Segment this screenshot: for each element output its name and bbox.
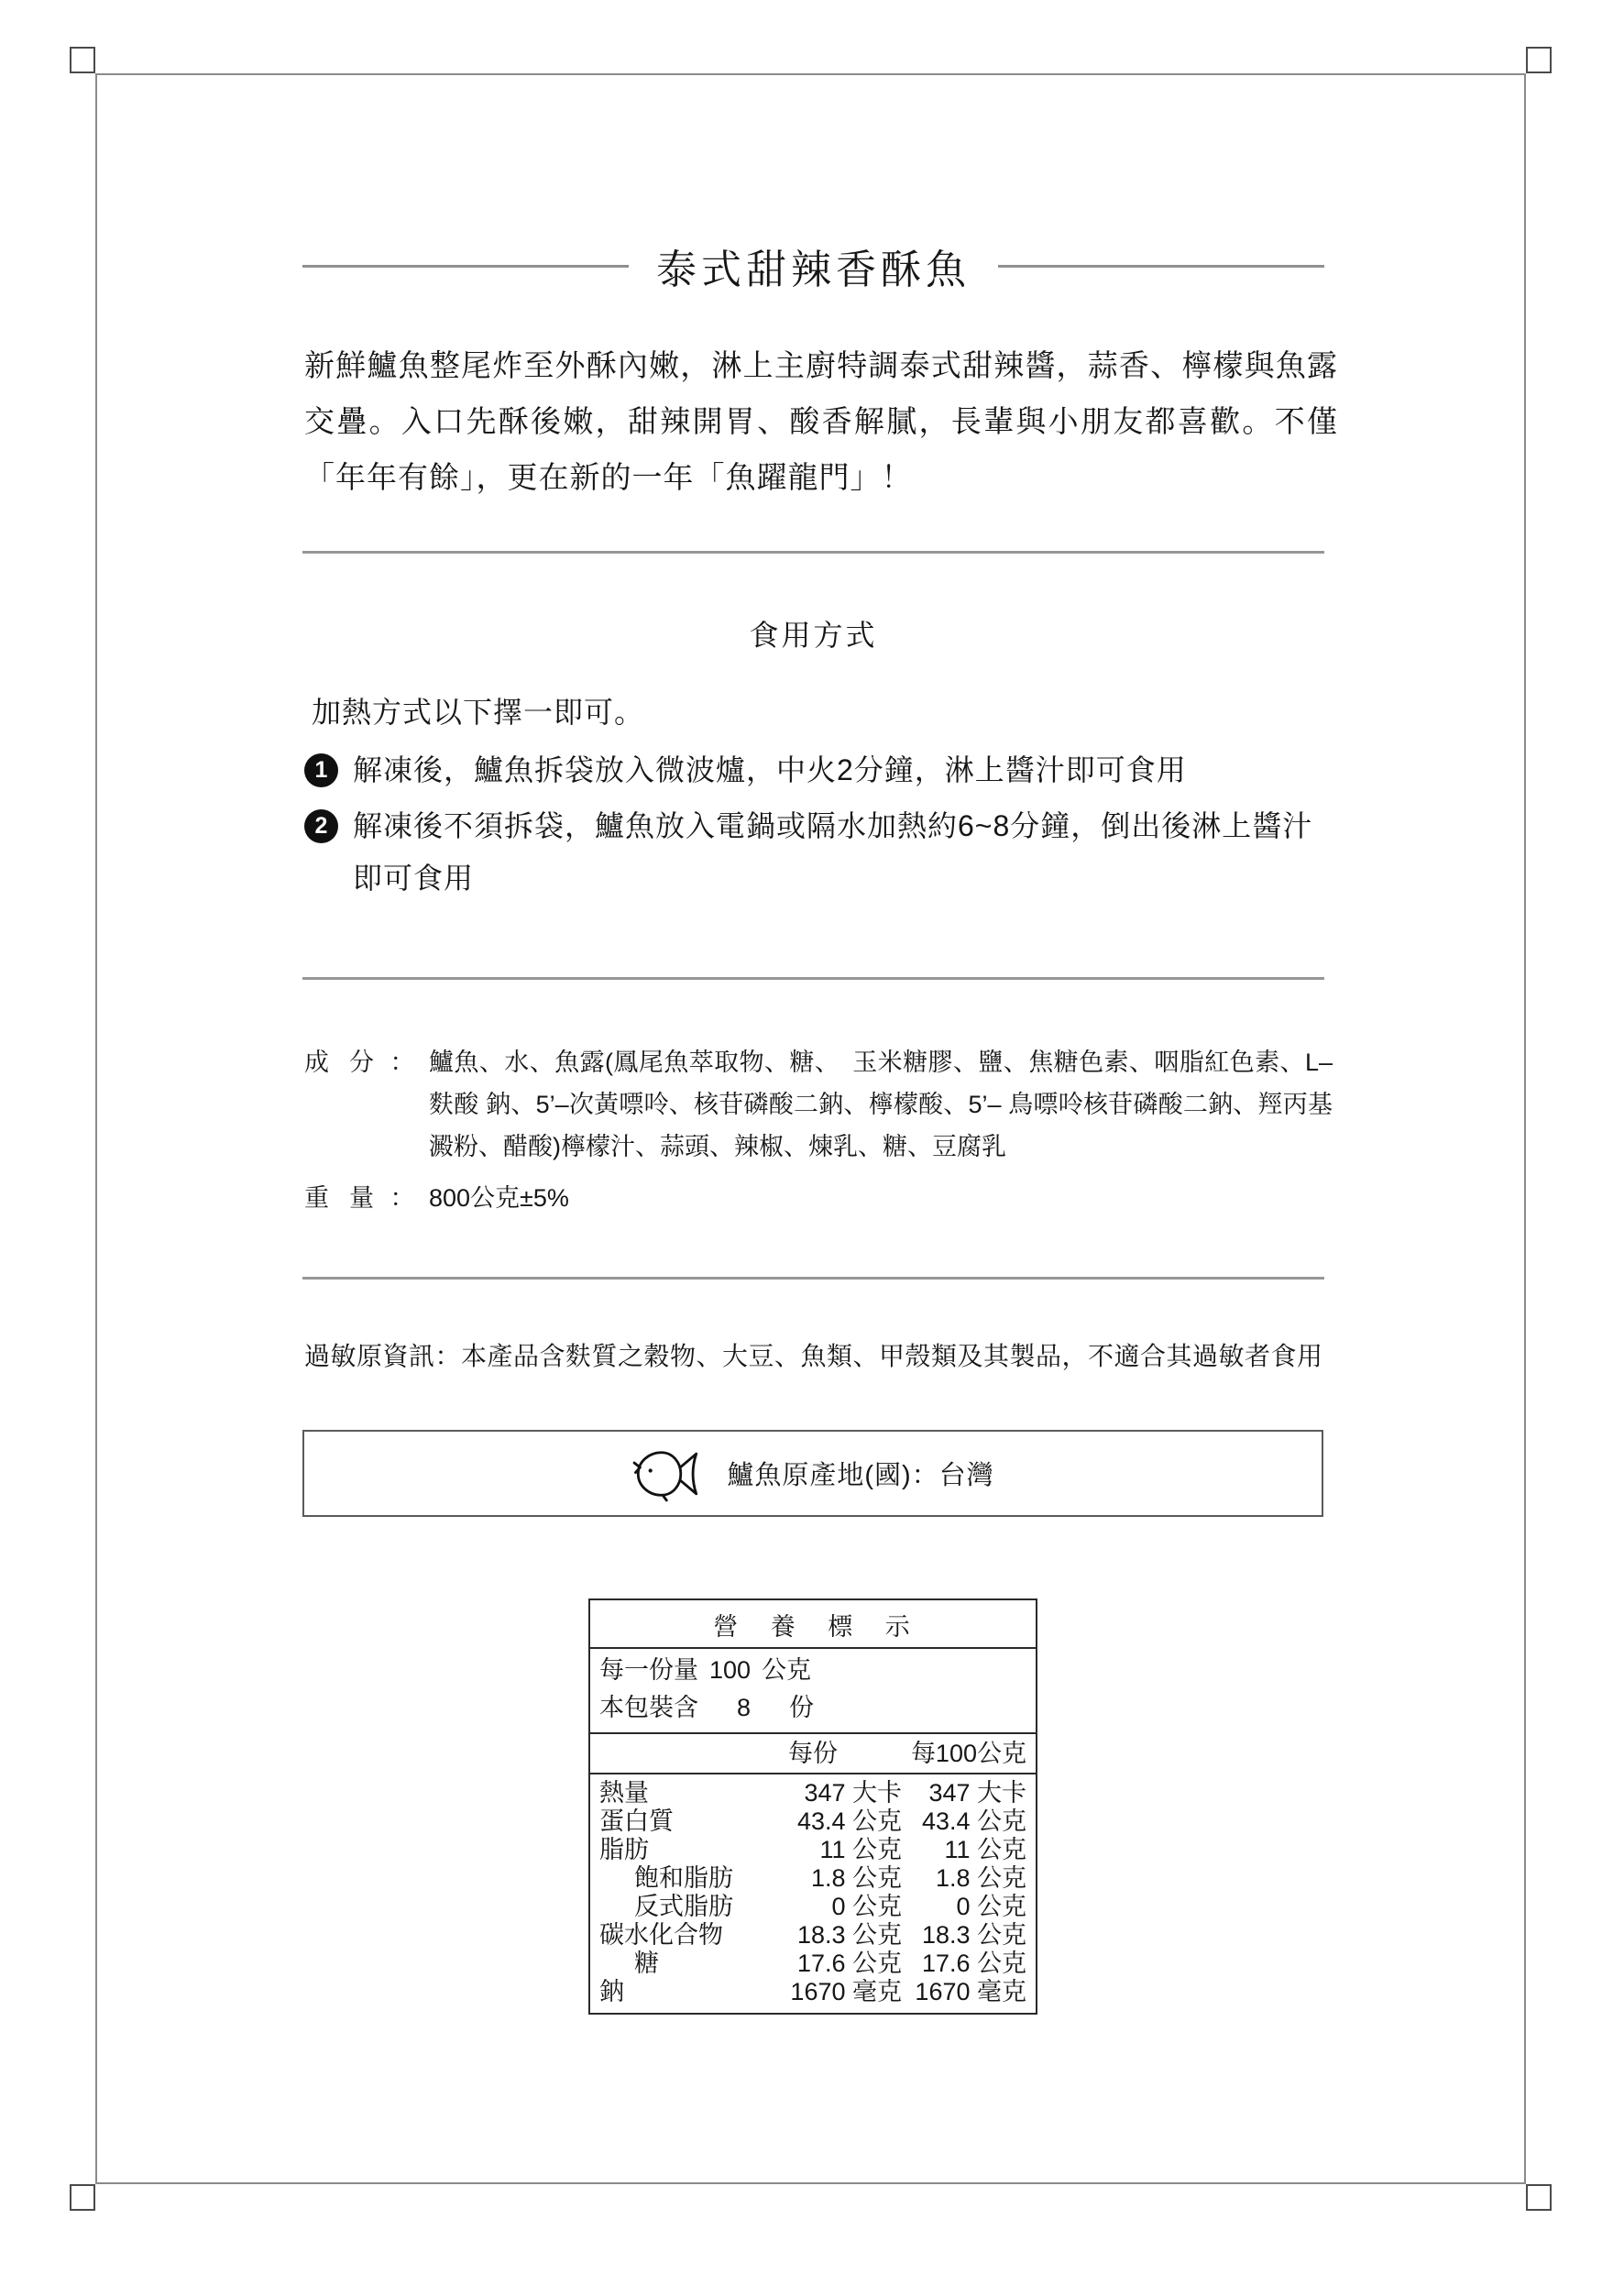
heating-steps: 1 解凍後，鱸魚拆袋放入微波爐，中火2分鐘，淋上醬汁即可食用 2 解凍後不須拆袋… bbox=[304, 744, 1336, 905]
nutrition-row-trans-fat: 反式脂肪 0 公克 0 公克 bbox=[590, 1893, 1036, 1921]
serving-method-heading: 食用方式 bbox=[302, 612, 1324, 654]
crop-mark-bottom-left bbox=[70, 2184, 95, 2211]
title-left-rule bbox=[302, 265, 629, 268]
product-description: 新鮮鱸魚整尾炸至外酥內嫩，淋上主廚特調泰式甜辣醬，蒜香、檸檬與魚露交疊。入口先酥… bbox=[304, 337, 1338, 505]
heating-step-2: 2 解凍後不須拆袋，鱸魚放入電鍋或隔水加熱約6~8分鐘，倒出後淋上醬汁即可食用 bbox=[304, 800, 1336, 905]
page-title: 泰式甜辣香酥魚 bbox=[656, 236, 971, 295]
serving-size-line: 每一份量100公克 bbox=[599, 1652, 1026, 1689]
col-per-100g: 每100公克 bbox=[880, 1738, 1026, 1769]
nutrition-row-saturated-fat: 飽和脂肪 1.8 公克 1.8 公克 bbox=[590, 1864, 1036, 1893]
crop-mark-top-right bbox=[1526, 47, 1552, 73]
origin-text: 鱸魚原產地(國)：台灣 bbox=[727, 1455, 993, 1492]
section-divider bbox=[302, 977, 1324, 980]
ingredients-colon: ： bbox=[376, 1041, 429, 1168]
nutrition-column-headers: 每份 每100公克 bbox=[590, 1734, 1036, 1774]
heating-note: 加熱方式以下擇一即可。 bbox=[312, 689, 644, 731]
title-row: 泰式甜辣香酥魚 bbox=[302, 236, 1324, 295]
step-2-text: 解凍後不須拆袋，鱸魚放入電鍋或隔水加熱約6~8分鐘，倒出後淋上醬汁即可食用 bbox=[353, 800, 1326, 905]
weight-value: 800公克±5% bbox=[429, 1177, 1333, 1219]
nutrition-row-sugar: 糖 17.6 公克 17.6 公克 bbox=[590, 1950, 1036, 1978]
ingredients-label: 成分 bbox=[304, 1041, 376, 1168]
nutrition-row-sodium: 鈉 1670 毫克 1670 毫克 bbox=[590, 1978, 1036, 2006]
servings-per-pack-value: 8 bbox=[737, 1694, 751, 1721]
title-right-rule bbox=[998, 265, 1324, 268]
step-1-text: 解凍後，鱸魚拆袋放入微波爐，中火2分鐘，淋上醬汁即可食用 bbox=[353, 744, 1326, 796]
fish-icon bbox=[631, 1445, 703, 1502]
serving-size-value: 100 bbox=[709, 1656, 751, 1684]
crop-mark-top-left bbox=[70, 47, 95, 73]
allergen-info: 過敏原資訊：本產品含麩質之穀物、大豆、魚類、甲殼類及其製品，不適合其過敏者食用 bbox=[304, 1336, 1323, 1373]
origin-box: 鱸魚原產地(國)：台灣 bbox=[302, 1430, 1323, 1517]
section-divider bbox=[302, 1277, 1324, 1280]
servings-per-pack-line: 本包裝含8份 bbox=[599, 1689, 1026, 1727]
heating-step-1: 1 解凍後，鱸魚拆袋放入微波爐，中火2分鐘，淋上醬汁即可食用 bbox=[304, 744, 1336, 796]
nutrition-row-calories: 熱量 347 大卡 347 大卡 bbox=[590, 1779, 1036, 1807]
nutrition-row-fat: 脂肪 11 公克 11 公克 bbox=[590, 1836, 1036, 1864]
nutrition-row-carbohydrate: 碳水化合物 18.3 公克 18.3 公克 bbox=[590, 1921, 1036, 1950]
col-empty bbox=[599, 1738, 742, 1769]
servings-per-pack-label: 本包裝含 bbox=[599, 1694, 698, 1721]
col-per-serving: 每份 bbox=[742, 1738, 880, 1769]
nutrition-rows: 熱量 347 大卡 347 大卡 蛋白質 43.4 公克 43.4 公克 脂肪 … bbox=[590, 1774, 1036, 2013]
step-2-number-icon: 2 bbox=[304, 809, 338, 843]
serving-size-unit: 公克 bbox=[762, 1656, 811, 1684]
weight-colon: ： bbox=[376, 1177, 429, 1219]
nutrition-facts-table: 營 養 標 示 每一份量100公克 本包裝含8份 每份 每100公克 熱量 34… bbox=[588, 1598, 1037, 2015]
weight-row: 重量 ： 800公克±5% bbox=[304, 1177, 1333, 1219]
step-1-number-icon: 1 bbox=[304, 753, 338, 787]
servings-per-pack-unit: 份 bbox=[789, 1694, 814, 1721]
ingredients-row: 成分 ： 鱸魚、水、魚露(鳳尾魚萃取物、糖、 玉米糖膠、鹽、焦糖色素、咽脂紅色素… bbox=[304, 1041, 1333, 1168]
serving-size-block: 每一份量100公克 本包裝含8份 bbox=[590, 1649, 1036, 1734]
weight-label: 重量 bbox=[304, 1177, 376, 1219]
crop-mark-bottom-right bbox=[1526, 2184, 1552, 2211]
nutrition-row-protein: 蛋白質 43.4 公克 43.4 公克 bbox=[590, 1807, 1036, 1836]
ingredients-text: 鱸魚、水、魚露(鳳尾魚萃取物、糖、 玉米糖膠、鹽、焦糖色素、咽脂紅色素、L–麩酸… bbox=[429, 1041, 1333, 1168]
serving-size-label: 每一份量 bbox=[599, 1656, 698, 1684]
section-divider bbox=[302, 551, 1324, 554]
nutrition-title: 營 養 標 示 bbox=[590, 1600, 1036, 1649]
